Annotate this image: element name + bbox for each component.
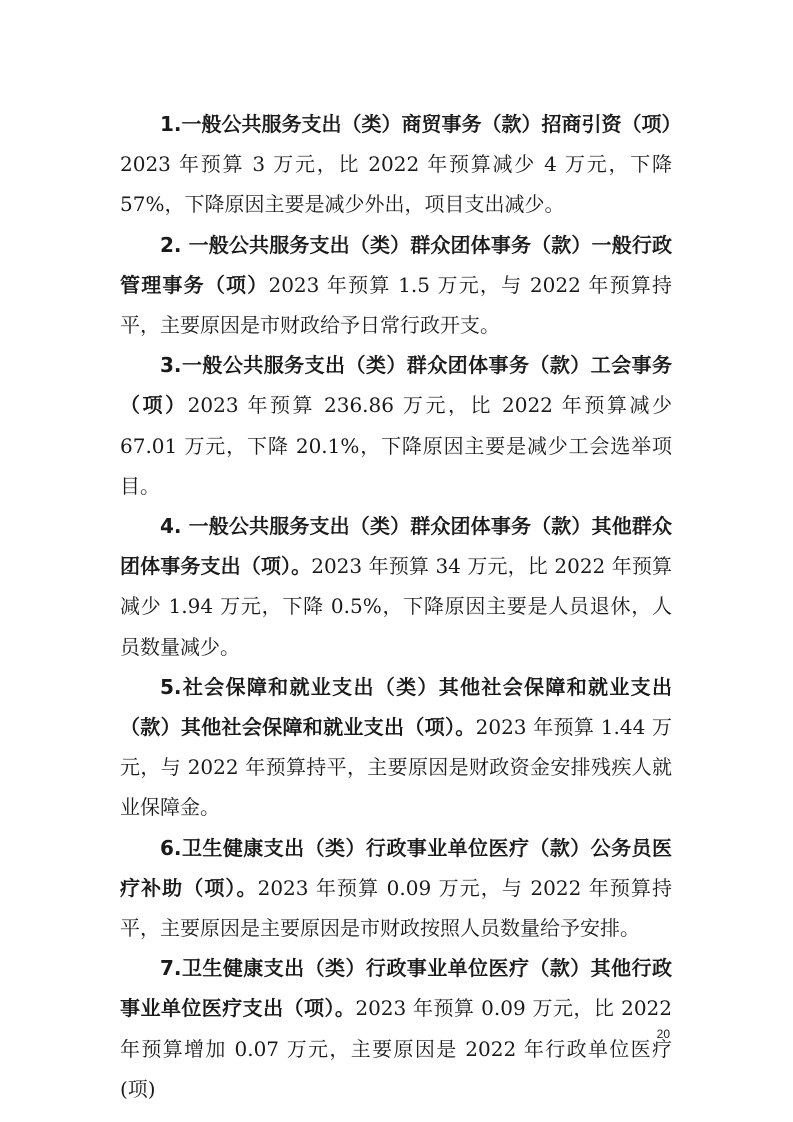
paragraph-5: 5.社会保障和就业支出（类）其他社会保障和就业支出（款）其他社会保障和就业支出（… <box>120 667 672 828</box>
page-number: 20 <box>640 1027 670 1041</box>
paragraph-6: 6.卫生健康支出（类）行政事业单位医疗（款）公务员医疗补助（项）。2023 年预… <box>120 828 672 949</box>
paragraph-7: 7.卫生健康支出（类）行政事业单位医疗（款）其他行政事业单位医疗支出（项）。20… <box>120 948 672 1109</box>
document-body: 1.一般公共服务支出（类）商贸事务（款）招商引资（项）2023 年预算 3 万元… <box>120 104 672 1109</box>
item-body: 2023 年预算 3 万元，比 2022 年预算减少 4 万元，下降 57%，下… <box>120 152 672 216</box>
item-heading: 1.一般公共服务支出（类）商贸事务（款）招商引资（项） <box>160 112 682 136</box>
paragraph-2: 2. 一般公共服务支出（类）群众团体事务（款）一般行政管理事务（项）2023 年… <box>120 225 672 346</box>
paragraph-1: 1.一般公共服务支出（类）商贸事务（款）招商引资（项）2023 年预算 3 万元… <box>120 104 672 225</box>
paragraph-4: 4. 一般公共服务支出（类）群众团体事务（款）其他群众团体事务支出（项）。202… <box>120 506 672 667</box>
paragraph-3: 3.一般公共服务支出（类）群众团体事务（款）工会事务（项）2023 年预算 23… <box>120 345 672 506</box>
document-page: 1.一般公共服务支出（类）商贸事务（款）招商引资（项）2023 年预算 3 万元… <box>0 0 793 1122</box>
item-body: 2023 年预算 236.86 万元，比 2022 年预算减少 67.01 万元… <box>120 393 672 497</box>
